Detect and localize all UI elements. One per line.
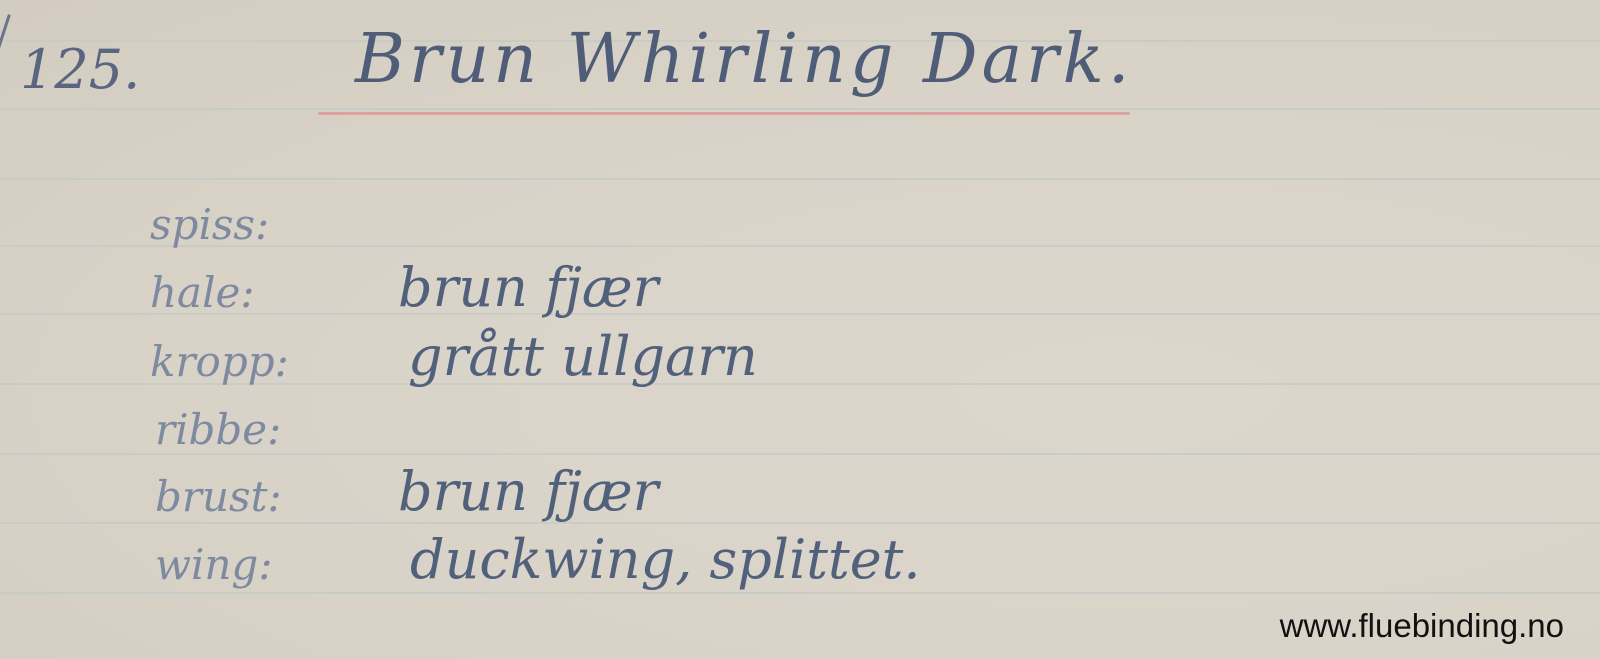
- recipe-label: hale:: [150, 268, 255, 317]
- page-title: Brun Whirling Dark.: [355, 20, 1133, 99]
- recipe-label: kropp:: [150, 337, 289, 386]
- recipe-label: spiss:: [150, 200, 269, 249]
- recipe-value: brun fjær: [398, 460, 658, 523]
- recipe-label: brust:: [155, 472, 282, 521]
- title-underline: [318, 112, 1130, 115]
- ruled-line: [0, 178, 1600, 180]
- ruled-line: [0, 592, 1600, 594]
- ruled-line: [0, 108, 1600, 110]
- ruled-line: [0, 522, 1600, 524]
- recipe-value: brun fjær: [398, 256, 658, 319]
- recipe-label: wing:: [155, 540, 272, 589]
- recipe-label: ribbe:: [155, 405, 281, 454]
- recipe-value: grått ullgarn: [408, 325, 758, 388]
- watermark: www.fluebinding.no: [1280, 607, 1564, 645]
- entry-number: 125.: [20, 38, 140, 101]
- recipe-value: duckwing, splittet.: [410, 528, 921, 591]
- entry-number-stroke: [0, 14, 11, 102]
